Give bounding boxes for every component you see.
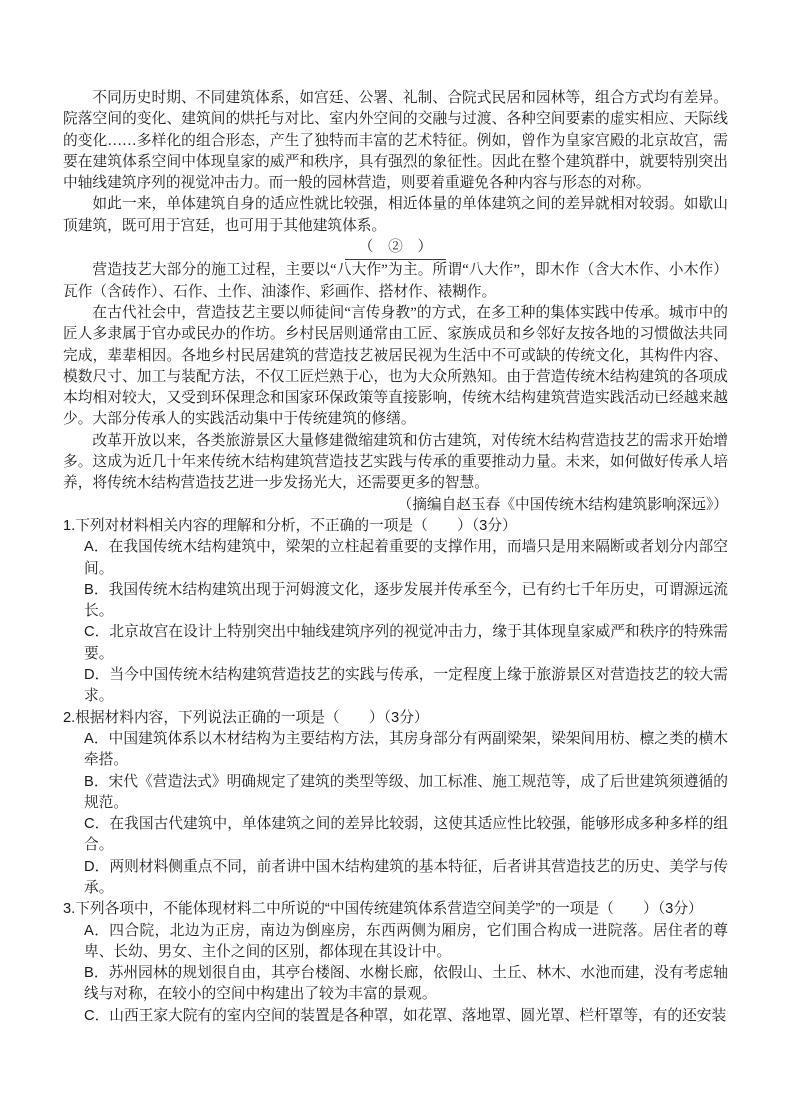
section-marker-row: （ ② ）: [63, 237, 728, 260]
question-3-option-a: A．四合院，北边为正房，南边为倒座房，东西两侧为厢房，它们围合构成一进院落。居住…: [84, 921, 728, 964]
question-2-option-b: B．宋代《营造法式》明确规定了建筑的类型等级、加工标准、施工规范等，成了后世建筑…: [84, 772, 728, 815]
question-2-option-c: C．在我国古代建筑中，单体建筑之间的差异比较弱，这使其适应性比较强，能够形成多种…: [84, 814, 728, 857]
question-3-stem: 3.下列各项中，不能体现材料二中所说的“中国传统建筑体系营造空间美学”的一项是（…: [63, 899, 728, 920]
question-2: 2.根据材料内容，下列说法正确的一项是（ ）（3分） A．中国建筑体系以木材结构…: [63, 708, 728, 900]
question-1: 1.下列对材料相关内容的理解和分析，不正确的一项是（ ）（3分） A．在我国传统…: [63, 516, 728, 708]
question-3-option-c: C．山西王家大院有的室内空间的装置是各种罩，如花罩、落地罩、圆光罩、栏杆罩等，有…: [84, 1006, 728, 1027]
material-paragraph-4: 在古代社会中，营造技艺主要以师徒间“言传身教”的方式，在多工种的集体实践中传承。…: [63, 303, 728, 431]
question-1-stem: 1.下列对材料相关内容的理解和分析，不正确的一项是（ ）（3分）: [63, 516, 728, 537]
material-paragraph-5: 改革开放以来，各类旅游景区大量修建微缩建筑和仿古建筑，对传统木结构营造技艺的需求…: [63, 431, 728, 495]
question-3-option-b: B．苏州园林的规划很自由，其亭台楼阁、水榭长廊，依假山、土丘、林木、水池而建，没…: [84, 963, 728, 1006]
question-1-option-a: A．在我国传统木结构建筑中，梁架的立柱起着重要的支撑作用，而墙只是用来隔断或者划…: [84, 537, 728, 580]
material-paragraph-1: 不同历史时期、不同建筑体系，如宫廷、公署、礼制、合院式民居和园林等，组合方式均有…: [63, 88, 728, 194]
question-2-option-d: D．两则材料侧重点不同，前者讲中国木结构建筑的基本特征，后者讲其营造技艺的历史、…: [84, 857, 728, 900]
question-1-option-d: D．当今中国传统木结构建筑营造技艺的实践与传承，一定程度上缘于旅游景区对营造技艺…: [84, 665, 728, 708]
question-1-option-b: B．我国传统木结构建筑出现于河姆渡文化，逐步发展并传承至今，已有约七千年历史，可…: [84, 580, 728, 623]
material-paragraph-3: 营造技艺大部分的施工过程，主要以“八大作”为主。所谓“八大作”，即木作（含大木作…: [63, 260, 728, 303]
exam-page: 不同历史时期、不同建筑体系，如宫廷、公署、礼制、合院式民居和园林等，组合方式均有…: [0, 0, 790, 1119]
question-2-stem: 2.根据材料内容，下列说法正确的一项是（ ）（3分）: [63, 708, 728, 729]
citation-line: （摘编自赵玉春《中国传统木结构建筑影响深远》）: [63, 495, 728, 516]
question-1-option-c: C．北京故宫在设计上特别突出中轴线建筑序列的视觉冲击力，缘于其体现皇家威严和秩序…: [84, 622, 728, 665]
section-blank-marker: （ ② ）: [345, 237, 446, 260]
material-paragraph-2: 如此一来，单体建筑自身的适应性就比较强，相近体量的单体建筑之间的差异就相对较弱。…: [63, 194, 728, 237]
question-2-option-a: A．中国建筑体系以木材结构为主要结构方法，其房身部分有两副梁架，梁架间用枋、檩之…: [84, 729, 728, 772]
question-3: 3.下列各项中，不能体现材料二中所说的“中国传统建筑体系营造空间美学”的一项是（…: [63, 899, 728, 1027]
